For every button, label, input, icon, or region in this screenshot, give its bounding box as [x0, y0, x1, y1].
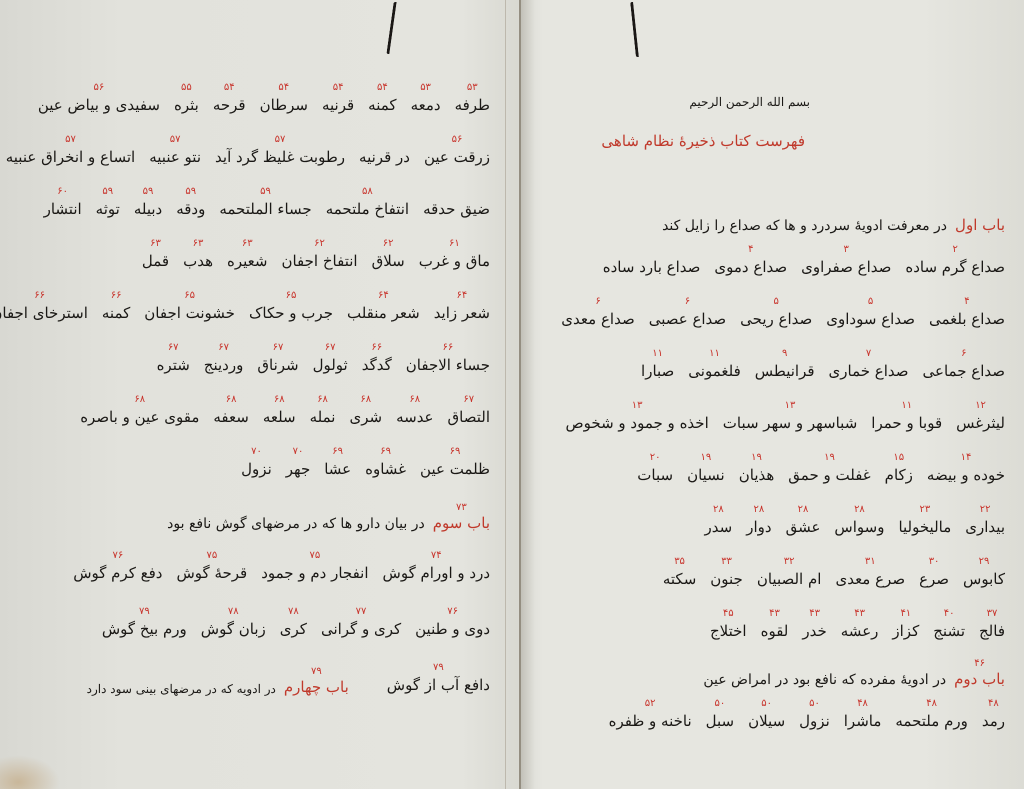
entry-number: ۵۹ — [185, 186, 196, 198]
entry-line: ۵۶زرقت عیندر قرنیه۵۷رطوبت غلیظ گرد آید۵۷… — [90, 112, 490, 168]
entry-line: ۱۲لیثرغس۱۱قوبا و حمرا۱۳شباسهر و سهر سبات… — [585, 378, 1005, 434]
entry-number: ۷۸ — [228, 606, 239, 618]
entry-number: ۶۹ — [332, 446, 343, 458]
entry: ۷۸زبان گوش — [201, 606, 266, 640]
entry-number: ۶۷ — [168, 342, 179, 354]
entry-number: ۱۲ — [975, 400, 986, 412]
entry-number: ۳۵ — [674, 556, 685, 568]
entry: ۶صداع عصبی — [649, 296, 726, 330]
entry: ۴۸رمد — [982, 698, 1005, 732]
entry-number: ۴۳ — [809, 608, 820, 620]
entry-line: ۷۴درد و اورام گوش۷۵انفجار دم و جمود۷۵قرح… — [90, 528, 490, 584]
entry-word: کری و گرانی — [321, 618, 401, 640]
entry-number: ۶۳ — [150, 238, 161, 250]
entry-number: ۴۰ — [944, 608, 955, 620]
entry-number: ۶۶ — [111, 290, 122, 302]
entry-number: ۶۴ — [378, 290, 389, 302]
entry-number: ۴۸ — [988, 698, 999, 710]
entry: ۵۷اتساع و انخراق عنبیه — [6, 134, 135, 168]
entry-word: سبل — [706, 710, 734, 732]
entry-number: ۵۶ — [94, 82, 105, 94]
entry-number: ۶۵ — [286, 290, 297, 302]
entry-number: ۷۵ — [206, 550, 217, 562]
entry-number: ۶۶ — [443, 342, 454, 354]
entry-number: ۵۷ — [275, 134, 286, 146]
entry-number: ۵۴ — [377, 82, 388, 94]
entry-line: ۲۲بیداری۲۳مالیخولیا۲۸وسواس۲۸عشق۲۸دوار۲۸س… — [585, 482, 1005, 538]
entry: ۵صداع سوداوی — [826, 296, 915, 330]
entry: ۶۶استرخای اجفان — [0, 290, 88, 324]
entry: ۶۷ثولول — [313, 342, 348, 376]
entry: ۱۵زکام — [885, 452, 913, 486]
entry: ۵۷نتو عنبیه — [149, 134, 201, 168]
entry: ۶۷شرناق — [257, 342, 298, 376]
entry-number: ۱۱ — [709, 348, 720, 360]
entry-word: دوی و طنین — [415, 618, 490, 640]
entry-number: ۶۷ — [325, 342, 336, 354]
entry-number: ۵۹ — [102, 186, 113, 198]
entry-line: ۴صداع بلغمی۵صداع سوداوی۵صداع ریحی۶صداع ع… — [585, 274, 1005, 330]
entry: ۶۵خشونت اجفان — [144, 290, 235, 324]
entry: ۱۲لیثرغس — [956, 400, 1005, 434]
entry: ۴صداع دموی — [714, 244, 787, 278]
entry-number: ۳۰ — [929, 556, 940, 568]
entry-number: ۶۳ — [193, 238, 204, 250]
entry-number: ۷۵ — [310, 550, 321, 562]
entry: ۵۸انتفاخ ملتحمه — [326, 186, 409, 220]
entry-number: ۵۴ — [333, 82, 344, 94]
entry-word: ماشرا — [844, 710, 882, 732]
entry-number: ۵۴ — [278, 82, 289, 94]
entry: ۶۷شتره — [157, 342, 190, 376]
entry-word: کری — [280, 618, 307, 640]
entry: ۲۸دوار — [746, 504, 771, 538]
entry-word: ورم بیخ گوش — [102, 618, 187, 640]
entry: ۶۸مقوی عین و باصره — [80, 394, 199, 428]
entry-line: ۶۴شعر زاید۶۴شعر منقلب۶۵جرب و حکاک۶۵خشونت… — [90, 268, 490, 324]
entry: ۵۰سبل — [706, 698, 734, 732]
entry: ۵۹ودقه — [176, 186, 205, 220]
entry-number: ۶۲ — [383, 238, 394, 250]
entry: ۱۹غفلت و حمق — [788, 452, 870, 486]
entry-word: انفجار دم و جمود — [261, 562, 368, 584]
entry-word: قرحهٔ گوش — [176, 562, 247, 584]
entry-number: ۱۹ — [824, 452, 835, 464]
entry-number: ۲۹ — [979, 556, 990, 568]
entry-number: ۴ — [748, 244, 753, 256]
entry-line: ۴۸رمد۴۸ورم ملتحمه۴۸ماشرا۵۰نزول۵۰سیلان۵۰س… — [585, 676, 1005, 732]
entry-number: ۶۹ — [450, 446, 461, 458]
entry-number: ۲ — [952, 244, 957, 256]
entry: ۶۸عدسه — [396, 394, 433, 428]
entry: ۲۲بیداری — [965, 504, 1005, 538]
entry-number: ۳ — [844, 244, 849, 256]
entry-number: ۷۴ — [431, 550, 442, 562]
entry-number: ۴۸ — [926, 698, 937, 710]
entry-number: ۱۳ — [632, 400, 643, 412]
entry: ۷۰جهر — [286, 446, 310, 480]
entry: ۷۵انفجار دم و جمود — [261, 550, 368, 584]
entry-line: ۲صداع گرم ساده۳صداع صفراوی۴صداع دمویصداع… — [585, 222, 1005, 278]
entry-number: ۶۷ — [463, 394, 474, 406]
last-line: ۷۹ دافع آب از گوش ۷۹ باب چهارم در ادویه … — [90, 640, 490, 696]
entry: ۶۹عشا — [324, 446, 351, 480]
entry-number: ۶۷ — [218, 342, 229, 354]
entry-number: ۶۶ — [371, 342, 382, 354]
entry-number: ۴ — [964, 296, 969, 308]
entry: ۳۵سکته — [663, 556, 696, 590]
entry-number: ۶۸ — [409, 394, 420, 406]
entry: ۶۵جرب و حکاک — [249, 290, 333, 324]
gutter-shadow — [521, 0, 535, 789]
entry-number: ۴۳ — [854, 608, 865, 620]
entry-number: ۷ — [866, 348, 871, 360]
entry: ۶۳شعیره — [227, 238, 267, 272]
entry: ۵۴کمنه — [368, 82, 396, 116]
entry-number: ۱۹ — [701, 452, 712, 464]
entry: ۷۰نزول — [241, 446, 272, 480]
entry-number: ۳۳ — [721, 556, 732, 568]
entry-number: ۴۱ — [900, 608, 911, 620]
entry: ۳۲ام الصبیان — [757, 556, 822, 590]
entry: ۷۵قرحهٔ گوش — [176, 550, 247, 584]
entry-word: دفع کرم گوش — [73, 562, 162, 584]
entry: ۱۹نسیان — [687, 452, 725, 486]
entry-number: ۳۷ — [987, 608, 998, 620]
entry-line: ۶۱ماق و غرب۶۲سلاق۶۲انتفاخ اجفان۶۳شعیره۶۳… — [90, 216, 490, 272]
entry-word: انتشار — [44, 198, 82, 220]
entry: ۶۴شعر زاید — [434, 290, 490, 324]
entry-number: ۶۲ — [314, 238, 325, 250]
entry-number: ۵ — [868, 296, 873, 308]
entry-number: ۷۸ — [288, 606, 299, 618]
entry-line: ۶۶جساء الاجفان۶۶گدگد۶۷ثولول۶۷شرناق۶۷وردی… — [90, 320, 490, 376]
entry-number: ۶ — [961, 348, 966, 360]
entry: ۴صداع بلغمی — [929, 296, 1005, 330]
entry: ۶۴شعر منقلب — [347, 290, 420, 324]
entry-number: ۶۱ — [449, 238, 460, 250]
entry-number: ۴۸ — [857, 698, 868, 710]
entry-number: ۵۰ — [714, 698, 725, 710]
entry: ۵صداع ریحی — [740, 296, 812, 330]
entry: ۹قرانیطس — [755, 348, 815, 382]
entry: ۷۶دوی و طنین — [415, 606, 490, 640]
entry: در قرنیه — [359, 134, 410, 168]
entry: ۶۲سلاق — [372, 238, 405, 272]
chapter3-num: ۷۳ — [456, 502, 467, 514]
entry-word: سیلان — [748, 710, 785, 732]
chapter2-num: ۴۶ — [974, 658, 985, 670]
entry: ۴۸ورم ملتحمه — [895, 698, 967, 732]
entry: ۱۳شباسهر و سهر سبات — [723, 400, 858, 434]
entry: ۷صداع خماری — [829, 348, 909, 382]
entry: ۶۶گدگد — [362, 342, 392, 376]
entry-number: ۲۲ — [980, 504, 991, 516]
entry-number: ۲۸ — [713, 504, 724, 516]
entry-number: ۶۹ — [380, 446, 391, 458]
entry-word: ناخنه و ظفره — [609, 710, 692, 732]
entry: ۶۶جساء الاجفان — [406, 342, 490, 376]
page-title: فهرست کتاب ذخیرهٔ نظام شاهی — [601, 132, 805, 150]
entry-word: استرخای اجفان — [0, 302, 88, 324]
entry-number: ۶ — [685, 296, 690, 308]
entry: ۵۵بثره — [174, 82, 199, 116]
entry-line: ۱۴خوده و بیضه۱۵زکام۱۹غفلت و حمق۱۹هذیان۱۹… — [585, 430, 1005, 486]
entry: ۶۳هدب — [183, 238, 213, 272]
entry-number: ۷۹ — [433, 662, 444, 674]
entry: صداع بارد ساده — [603, 244, 701, 278]
entry-number: ۹ — [782, 348, 787, 360]
entry-number: ۵ — [774, 296, 779, 308]
entry: ۲۸سدر — [705, 504, 733, 538]
entry: ۵۶سفیدی و بیاض عین — [38, 82, 160, 116]
entry-word: نزول — [799, 710, 830, 732]
entry-line: ۵۳طرفه۵۳دمعه۵۴کمنه۵۴قرنیه۵۴سرطان۵۴قرحه۵۵… — [90, 60, 490, 116]
entry: ۲۳مالیخولیا — [898, 504, 951, 538]
entry-number: ۵۵ — [181, 82, 192, 94]
basmala: بسم الله الرحمن الرحیم — [689, 95, 810, 109]
entry: ۵۴سرطان — [260, 82, 308, 116]
entry: ۶صداع معدی — [561, 296, 634, 330]
page-edge — [505, 0, 506, 789]
entry: ۱۱فلغمونی — [688, 348, 740, 382]
entry: ۶۶کمنه — [102, 290, 130, 324]
entry-number: ۷۰ — [251, 446, 262, 458]
entry-line: ۷۶دوی و طنین۷۷کری و گرانی۷۸کری۷۸زبان گوش… — [90, 584, 490, 640]
entry-number: ۱۱ — [901, 400, 912, 412]
entry-number: ۳۲ — [784, 556, 795, 568]
entry: ۲۰سبات — [637, 452, 673, 486]
entry: ۶۰انتشار — [44, 186, 82, 220]
entry-line: ۶۷التصاق۶۸عدسه۶۸شری۶۸نمله۶۸سلعه۶۸سعفه۶۸م… — [90, 372, 490, 428]
manuscript-spread: بسم الله الرحمن الرحیم فهرست کتاب ذخیرهٔ… — [0, 0, 1024, 789]
entry-number: ۶۸ — [134, 394, 145, 406]
entry-number: ۶۸ — [360, 394, 371, 406]
right-page: بسم الله الرحمن الرحیم فهرست کتاب ذخیرهٔ… — [585, 0, 1005, 789]
entry-word: دافع آب از گوش — [387, 674, 490, 696]
paper-stain — [0, 755, 60, 789]
entry-number: ۵۳ — [467, 82, 478, 94]
entry: ۳صداع صفراوی — [801, 244, 891, 278]
entry: ۷۴درد و اورام گوش — [383, 550, 490, 584]
entry: ۶۸نمله — [310, 394, 336, 428]
entry: ۷۹ دافع آب از گوش — [387, 662, 490, 696]
entry-number: ۲۸ — [754, 504, 765, 516]
entry-number: ۶۸ — [226, 394, 237, 406]
entry: ۱۴خوده و بیضه — [927, 452, 1005, 486]
entry-number: ۶۶ — [34, 290, 45, 302]
entry: ۵۴قرنیه — [322, 82, 354, 116]
entry-number: ۶۳ — [242, 238, 253, 250]
entry: ۱۳اخذه و جمود و شخوص — [566, 400, 709, 434]
entry: ۵۳طرفه — [455, 82, 490, 116]
entry-number: ۵۲ — [645, 698, 656, 710]
entry: ۶۸سلعه — [263, 394, 296, 428]
entry-line: ۶صداع جماعی۷صداع خماری۹قرانیطس۱۱فلغمونی۱… — [585, 326, 1005, 382]
entry: ۵۷رطوبت غلیظ گرد آید — [215, 134, 345, 168]
entry-number: ۵۶ — [452, 134, 463, 146]
entry-number: ۴۵ — [723, 608, 734, 620]
entry-number: ۲۸ — [798, 504, 809, 516]
entry-number: ۵۰ — [809, 698, 820, 710]
entry-line: ۲۹کابوس۳۰صرع۳۱صرع معدی۳۲ام الصبیان۳۳جنون… — [585, 534, 1005, 590]
entry: ۶۸سعفه — [213, 394, 248, 428]
entry: ۶۹ظلمت عین — [420, 446, 490, 480]
entry-number: ۱۱ — [652, 348, 663, 360]
entry: ۴۸ماشرا — [844, 698, 882, 732]
entry-number: ۶ — [595, 296, 600, 308]
entry: ۵۰سیلان — [748, 698, 785, 732]
chapter4-label-entry: ۷۹ باب چهارم — [284, 666, 349, 696]
entry-number: ۱۴ — [961, 452, 972, 464]
entry: ۵۹جساء الملتحمه — [219, 186, 311, 220]
entry-number: ۵۹ — [260, 186, 271, 198]
entry: ۶۷التصاق — [448, 394, 490, 428]
entry-number: ۳۱ — [865, 556, 876, 568]
entry: ضیق حدقه — [423, 186, 490, 220]
entry: ۲۹کابوس — [963, 556, 1005, 590]
entry-number: ۴۳ — [769, 608, 780, 620]
entry-number: ۵۴ — [224, 82, 235, 94]
entry: ۵۹توثه — [96, 186, 120, 220]
entry: ۵۳دمعه — [411, 82, 441, 116]
entry: ۷۸کری — [280, 606, 307, 640]
entry: ۲۸عشق — [786, 504, 821, 538]
entry: ۱۹هذیان — [739, 452, 775, 486]
entry: ۶۱ماق و غرب — [419, 238, 490, 272]
entry-line: ضیق حدقه۵۸انتفاخ ملتحمه۵۹جساء الملتحمه۵۹… — [90, 164, 490, 220]
entry: ۳۳جنون — [710, 556, 743, 590]
chapter4-text: در ادویه که در مرضهای بینی سود دارد — [87, 682, 276, 696]
entry: ۶۳قمل — [142, 238, 169, 272]
entry-number: ۷۹ — [139, 606, 150, 618]
entry: ۵۹دبیله — [134, 186, 162, 220]
entry-word: زبان گوش — [201, 618, 266, 640]
chapter3-heading: ۷۳ باب سوم در بیان دارو ها که در مرضهای … — [90, 476, 490, 532]
entry-number: ۶۰ — [57, 186, 68, 198]
entry: ۱۱قوبا و حمرا — [871, 400, 942, 434]
entry: ۵۰نزول — [799, 698, 830, 732]
entry-number: ۲۳ — [919, 504, 930, 516]
entry-number: ۷۰ — [293, 446, 304, 458]
entry-number: ۷۶ — [447, 606, 458, 618]
left-page: ۵۳طرفه۵۳دمعه۵۴کمنه۵۴قرنیه۵۴سرطان۵۴قرحه۵۵… — [90, 0, 490, 789]
entry-number: ۵۸ — [362, 186, 373, 198]
entry-number: ۲۸ — [854, 504, 865, 516]
entry-word: ورم ملتحمه — [895, 710, 967, 732]
entry-number: ۶۵ — [184, 290, 195, 302]
entry-number: ۵۹ — [143, 186, 154, 198]
entry: ۲صداع گرم ساده — [905, 244, 1005, 278]
entry: ۶صداع جماعی — [923, 348, 1005, 382]
entry-number: ۶۴ — [456, 290, 467, 302]
entry: ۶۲انتفاخ اجفان — [281, 238, 357, 272]
entry-number: ۷۷ — [356, 606, 367, 618]
entry: ۶۹غشاوه — [365, 446, 406, 480]
entry: ۵۶زرقت عین — [424, 134, 490, 168]
entry: ۳۰صرع — [919, 556, 949, 590]
entry: ۷۶دفع کرم گوش — [73, 550, 162, 584]
entry-number: ۱۹ — [751, 452, 762, 464]
entry-number: ۶۷ — [273, 342, 284, 354]
entry-line: ۶۹ظلمت عین۶۹غشاوه۶۹عشا۷۰جهر۷۰نزول — [90, 424, 490, 480]
entry: ۱۱صبارا — [641, 348, 674, 382]
entry-number: ۷۶ — [112, 550, 123, 562]
entry: ۶۸شری — [349, 394, 382, 428]
entry: ۳۱صرع معدی — [835, 556, 905, 590]
entry-number: ۶۸ — [274, 394, 285, 406]
entry-number: ۱۳ — [785, 400, 796, 412]
entry-number: ۵۷ — [65, 134, 76, 146]
entry-number: ۵۰ — [761, 698, 772, 710]
entry-number: ۶۸ — [317, 394, 328, 406]
entry-number: ۵۷ — [170, 134, 181, 146]
entry: ۶۷وردینج — [204, 342, 244, 376]
entry-number: ۵۳ — [420, 82, 431, 94]
chapter4-num: ۷۹ — [311, 666, 322, 678]
entry: ۵۴قرحه — [213, 82, 246, 116]
entry: ۷۹ورم بیخ گوش — [102, 606, 187, 640]
entry: ۲۸وسواس — [834, 504, 884, 538]
entry: ۵۲ناخنه و ظفره — [609, 698, 692, 732]
entry: ۷۷کری و گرانی — [321, 606, 401, 640]
chapter4-label: باب چهارم — [284, 678, 349, 696]
entry-number: ۱۵ — [893, 452, 904, 464]
entry-number: ۲۰ — [650, 452, 661, 464]
entry-word: درد و اورام گوش — [383, 562, 490, 584]
entry-word: رمد — [982, 710, 1005, 732]
